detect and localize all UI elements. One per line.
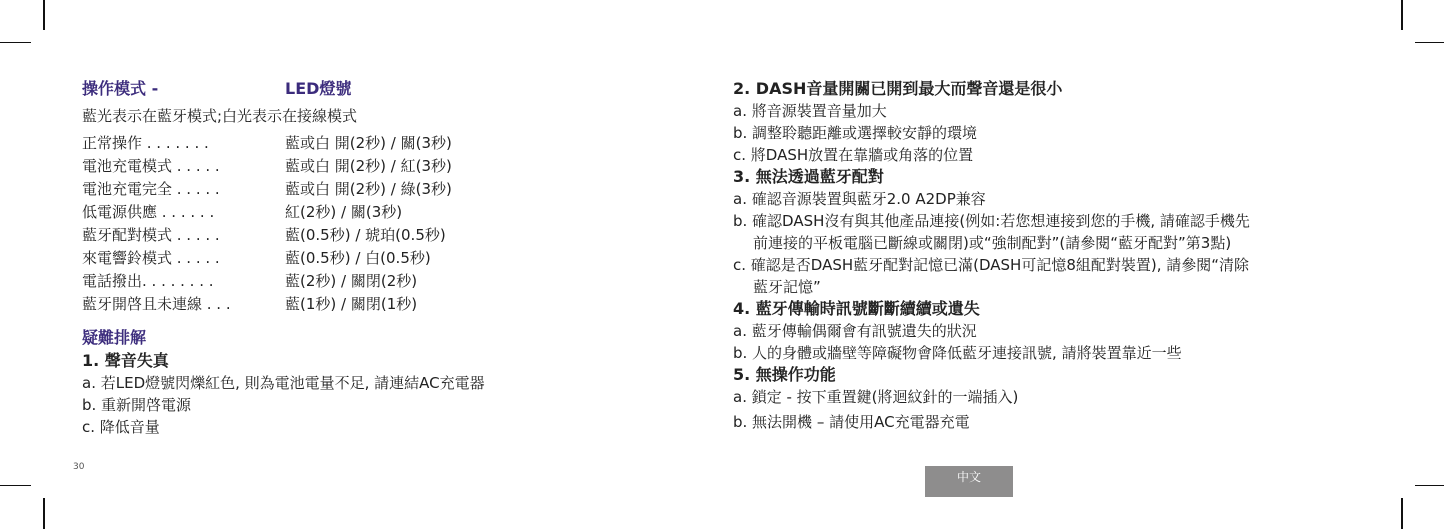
operating-mode-title: 操作模式 - (82, 79, 158, 98)
mode-label: 藍牙開啓且未連線 . . . (82, 293, 285, 316)
crop-mark (43, 498, 45, 529)
list-item: c. 將DASH放置在靠牆或角落的位置 (733, 144, 1373, 166)
table-row: 來電響鈴模式 . . . . . 藍(0.5秒) / 白(0.5秒) (82, 247, 642, 270)
section-heading: 1. 聲音失真 (82, 350, 642, 372)
troubleshooting-title: 疑難排解 (82, 326, 642, 350)
list-item: c. 降低音量 (82, 416, 642, 438)
section-heading: 3. 無法透過藍牙配對 (733, 166, 1373, 188)
mode-label: 藍牙配對模式 . . . . . (82, 224, 285, 247)
list-item: a. 將音源裝置音量加大 (733, 100, 1373, 122)
table-row: 電池充電模式 . . . . . 藍或白 開(2秒) / 紅(3秒) (82, 155, 642, 178)
crop-mark (1401, 0, 1403, 30)
led-table-header: 操作模式 - LED燈號 (82, 78, 642, 102)
led-value: 藍(0.5秒) / 琥珀(0.5秒) (285, 224, 446, 247)
table-row: 藍牙開啓且未連線 . . . 藍(1秒) / 關閉(1秒) (82, 293, 642, 316)
led-value: 藍(2秒) / 關閉(2秒) (285, 270, 417, 293)
table-row: 藍牙配對模式 . . . . . 藍(0.5秒) / 琥珀(0.5秒) (82, 224, 642, 247)
led-value: 藍(1秒) / 關閉(1秒) (285, 293, 417, 316)
list-item: b. 重新開啓電源 (82, 394, 642, 416)
list-item: b. 確認DASH沒有與其他產品連接(例如:若您想連接到您的手機, 請確認手機先 (733, 210, 1373, 232)
crop-mark (0, 42, 31, 43)
led-value: 紅(2秒) / 關(3秒) (285, 201, 402, 224)
page-number: 30 (73, 462, 84, 472)
crop-mark (43, 0, 45, 30)
led-color-note: 藍光表示在藍牙模式;白光表示在接線模式 (82, 105, 642, 127)
mode-label: 電池充電模式 . . . . . (82, 155, 285, 178)
list-item: a. 鎖定 - 按下重置鍵(將迴紋針的一端插入) (733, 386, 1373, 408)
list-item: b. 無法開機 – 請使用AC充電器充電 (733, 411, 1373, 433)
list-item: b. 調整聆聽距離或選擇較安靜的環境 (733, 122, 1373, 144)
mode-label: 電池充電完全 . . . . . (82, 178, 285, 201)
section-heading: 4. 藍牙傳輸時訊號斷斷續續或遺失 (733, 298, 1373, 320)
crop-mark (0, 485, 31, 486)
crop-mark (1401, 498, 1403, 529)
led-value: 藍或白 開(2秒) / 紅(3秒) (285, 155, 452, 178)
led-value: 藍或白 開(2秒) / 綠(3秒) (285, 178, 452, 201)
list-item: a. 確認音源裝置與藍牙2.0 A2DP兼容 (733, 188, 1373, 210)
mode-label: 電話撥出. . . . . . . . (82, 270, 285, 293)
crop-mark (1415, 42, 1444, 43)
led-indicator-title: LED燈號 (285, 78, 351, 100)
mode-label: 低電源供應 . . . . . . (82, 201, 285, 224)
list-item: b. 人的身體或牆壁等障礙物會降低藍牙連接訊號, 請將裝置靠近一些 (733, 342, 1373, 364)
list-item: c. 確認是否DASH藍牙配對記憶已滿(DASH可記憶8組配對裝置), 請參閱“… (733, 254, 1373, 276)
table-row: 電話撥出. . . . . . . . 藍(2秒) / 關閉(2秒) (82, 270, 642, 293)
list-item-continuation: 藍牙記憶” (733, 276, 1373, 298)
list-item: a. 藍牙傳輸偶爾會有訊號遺失的狀況 (733, 320, 1373, 342)
list-item-continuation: 前連接的平板電腦已斷線或關閉)或“強制配對”(請參閱“藍牙配對”第3點) (733, 232, 1373, 254)
section-heading: 2. DASH音量開關已開到最大而聲音還是很小 (733, 78, 1373, 100)
table-row: 低電源供應 . . . . . . 紅(2秒) / 關(3秒) (82, 201, 642, 224)
list-item: a. 若LED燈號閃爍紅色, 則為電池電量不足, 請連結AC充電器 (82, 372, 642, 394)
crop-mark (1415, 485, 1444, 486)
mode-label: 正常操作 . . . . . . . (82, 132, 285, 155)
right-column: 2. DASH音量開關已開到最大而聲音還是很小 a. 將音源裝置音量加大 b. … (733, 78, 1373, 433)
table-row: 電池充電完全 . . . . . 藍或白 開(2秒) / 綠(3秒) (82, 178, 642, 201)
led-value: 藍(0.5秒) / 白(0.5秒) (285, 247, 431, 270)
led-table: 正常操作 . . . . . . . 藍或白 開(2秒) / 關(3秒) 電池充… (82, 132, 642, 316)
language-tab: 中文 (925, 466, 1013, 497)
table-row: 正常操作 . . . . . . . 藍或白 開(2秒) / 關(3秒) (82, 132, 642, 155)
led-value: 藍或白 開(2秒) / 關(3秒) (285, 132, 452, 155)
section-heading: 5. 無操作功能 (733, 364, 1373, 386)
mode-label: 來電響鈴模式 . . . . . (82, 247, 285, 270)
left-column: 操作模式 - LED燈號 藍光表示在藍牙模式;白光表示在接線模式 正常操作 . … (82, 78, 642, 438)
